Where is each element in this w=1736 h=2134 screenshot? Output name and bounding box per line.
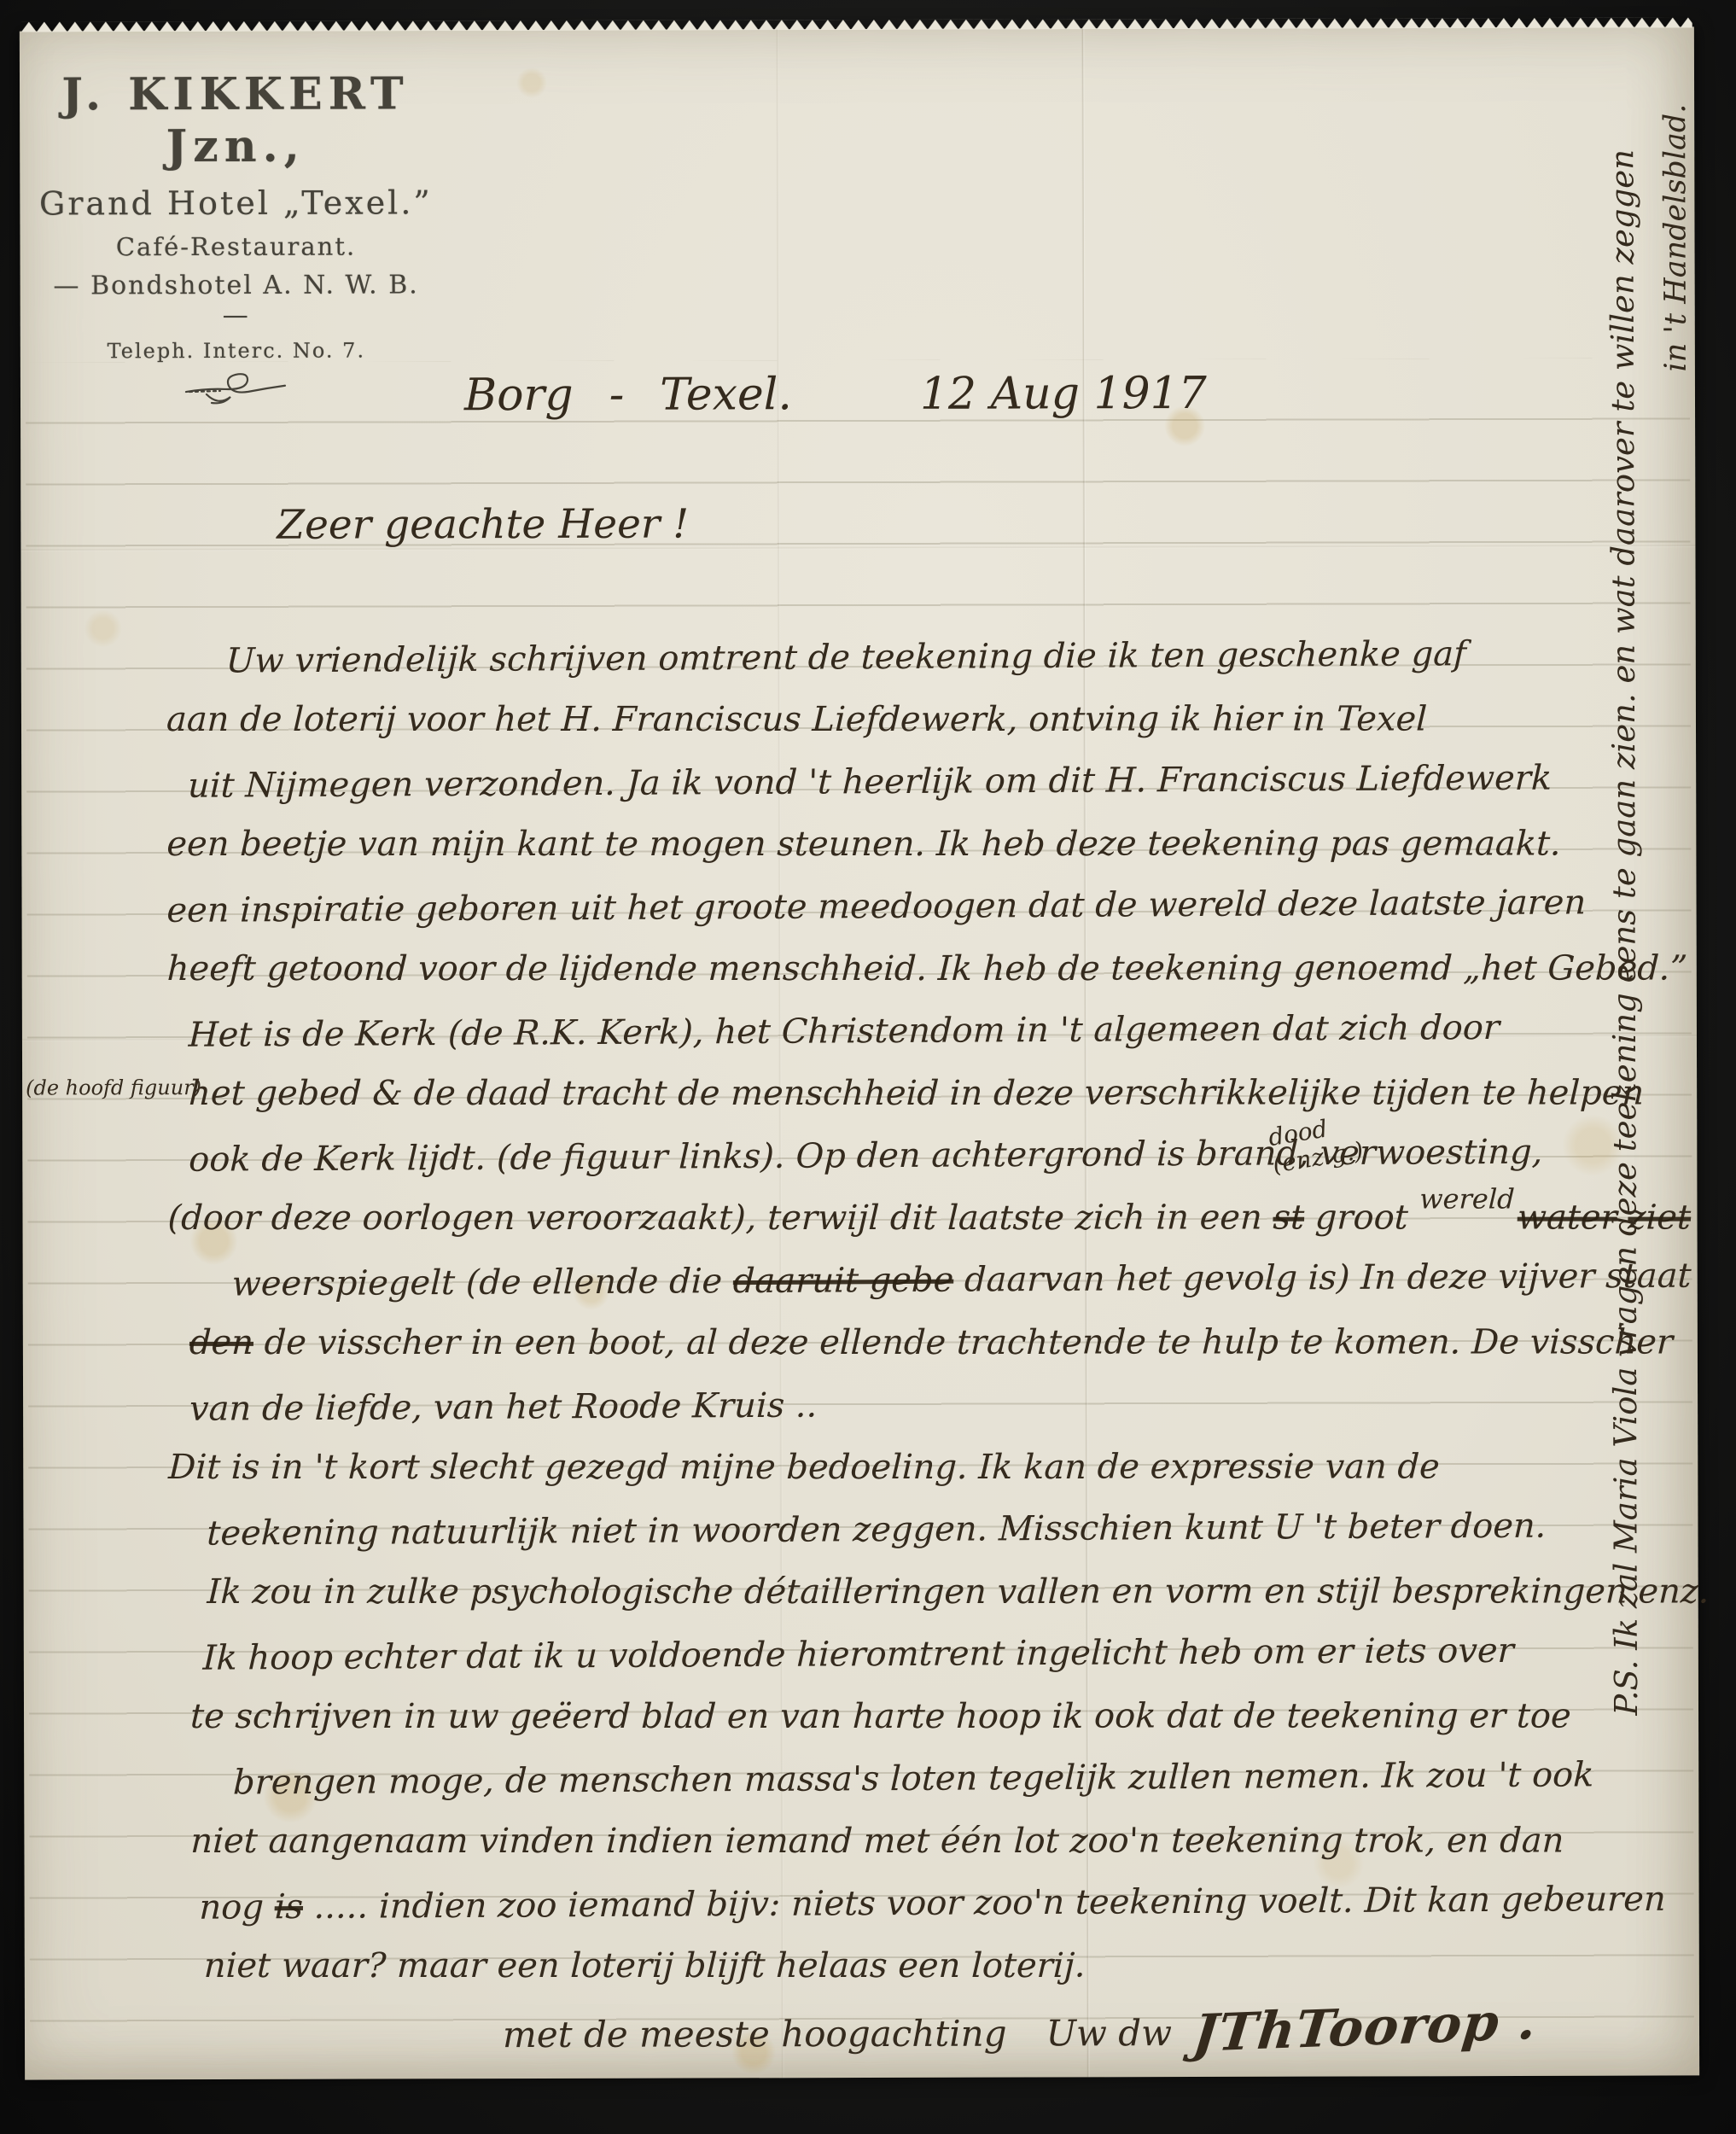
handwritten-line: teekening natuurlijk niet in woorden zeg… bbox=[167, 1495, 1697, 1566]
handwritten-text: uit Nijmegen verzonden. Ja ik vond 't he… bbox=[187, 759, 1552, 806]
struck-word: daaruit gebe bbox=[732, 1261, 954, 1301]
inserted-word: wereld bbox=[1419, 1169, 1516, 1231]
dateline-place: Borg bbox=[464, 370, 574, 421]
dateline-dash: - bbox=[609, 370, 625, 421]
letterhead: J. KIKKERT Jzn., Grand Hotel „Texel.” Ca… bbox=[35, 67, 437, 412]
handwritten-text: een inspiratie geboren uit het groote me… bbox=[166, 883, 1587, 930]
letter-paper: J. KIKKERT Jzn., Grand Hotel „Texel.” Ca… bbox=[20, 26, 1699, 2079]
handwritten-line: Ik hoop echter dat ik u voldoende hierom… bbox=[168, 1619, 1698, 1690]
handwritten-line: het gebed & de daad tracht de menschheid… bbox=[166, 1063, 1696, 1125]
pre-signature: Uw dw bbox=[1046, 2012, 1172, 2054]
handwritten-text: (door deze oorlogen veroorzaakt), terwij… bbox=[167, 1198, 1274, 1238]
handwritten-line: een beetje van mijn kant te mogen steune… bbox=[166, 813, 1695, 876]
left-margin-note: (de hoofd figuur) bbox=[26, 1076, 201, 1100]
postscript-vertical-line2: in 't Handelsblad. bbox=[1658, 104, 1693, 372]
handwritten-text: nog bbox=[199, 1887, 276, 1927]
postscript-vertical-line1: P.S. Ik zal Maria Viola vragen deze teek… bbox=[1604, 149, 1645, 1716]
horizontal-fold-crease bbox=[20, 544, 1695, 551]
letterhead-bondshotel-line: — Bondshotel A. N. W. B. — bbox=[36, 270, 437, 330]
struck-word: den bbox=[189, 1323, 254, 1362]
handwritten-line: Dit is in 't kort slecht gezegd mijne be… bbox=[167, 1437, 1697, 1499]
flourish-swirl-icon bbox=[36, 365, 437, 412]
handwritten-line: den de visscher in een boot, al deze ell… bbox=[167, 1312, 1697, 1374]
handwritten-line: Ik zou in zulke psychologische détailler… bbox=[167, 1561, 1697, 1624]
handwritten-text: weerspiegelt (de ellende die bbox=[231, 1262, 734, 1303]
dateline: Borg-Texel.12 Aug 1917 bbox=[464, 368, 1207, 421]
handwritten-text: Ik hoop echter dat ik u voldoende hierom… bbox=[202, 1631, 1514, 1678]
closing-line: met de meeste hoogachtingUw dwJThToorop … bbox=[503, 1997, 1536, 2060]
letterhead-hotel-name: Grand Hotel „Texel.” bbox=[35, 184, 436, 222]
dateline-date: 12 Aug 1917 bbox=[920, 368, 1207, 420]
letter-photo: J. KIKKERT Jzn., Grand Hotel „Texel.” Ca… bbox=[0, 0, 1736, 2134]
handwritten-line: niet waar? maar een loterij blijft helaa… bbox=[169, 1935, 1698, 1997]
letterhead-proprietor: J. KIKKERT Jzn., bbox=[35, 67, 436, 172]
handwritten-text: teekening natuurlijk niet in woorden zeg… bbox=[207, 1507, 1547, 1554]
handwritten-line: aan de loterij voor het H. Franciscus Li… bbox=[166, 689, 1695, 751]
letterhead-telephone-line: Teleph. Interc. No. 7. bbox=[36, 338, 437, 363]
handwritten-text: niet waar? maar een loterij blijft helaa… bbox=[203, 1946, 1086, 1985]
handwritten-text: groot bbox=[1303, 1198, 1419, 1238]
salutation: Zeer geachte Heer ! bbox=[277, 501, 689, 549]
handwritten-text: van de liefde, van het Roode Kruis .. bbox=[189, 1386, 818, 1429]
struck-word: st bbox=[1273, 1198, 1305, 1238]
handwritten-line: nog is ..... indien zoo iemand bijv: nie… bbox=[168, 1869, 1698, 1939]
handwritten-text: niet aangenaam vinden indien iemand met … bbox=[190, 1822, 1565, 1861]
handwritten-line: brengen moge, de menschen massa's loten … bbox=[168, 1744, 1698, 1815]
handwritten-line: weerspiegelt (de ellende die daaruit geb… bbox=[167, 1245, 1697, 1316]
handwritten-text: brengen moge, de menschen massa's loten … bbox=[232, 1755, 1594, 1802]
handwritten-text: een beetje van mijn kant te mogen steune… bbox=[166, 825, 1562, 864]
handwritten-line: (door deze oorlogen veroorzaakt), terwij… bbox=[166, 1187, 1696, 1250]
handwritten-text: Het is de Kerk (de R.K. Kerk), het Chris… bbox=[188, 1008, 1500, 1055]
handwritten-text: Dit is in 't kort slecht gezegd mijne be… bbox=[168, 1448, 1441, 1487]
deckled-edge bbox=[21, 17, 1692, 32]
signature: JThToorop . bbox=[1191, 1991, 1541, 2064]
handwritten-text: het gebed & de daad tracht de menschheid… bbox=[188, 1074, 1645, 1113]
handwritten-line: te schrijven in uw geëerd blad en van ha… bbox=[168, 1686, 1698, 1748]
handwritten-text: aan de loterij voor het H. Franciscus Li… bbox=[166, 700, 1428, 739]
handwritten-line: Het is de Kerk (de R.K. Kerk), het Chris… bbox=[166, 996, 1696, 1067]
struck-word: is bbox=[274, 1887, 304, 1927]
struck-word: water bbox=[1517, 1198, 1618, 1238]
handwritten-text: Ik zou in zulke psychologische détailler… bbox=[207, 1572, 1710, 1612]
dateline-island: Texel. bbox=[660, 369, 792, 420]
handwritten-text: ..... indien zoo iemand bijv: niets voor… bbox=[302, 1880, 1666, 1927]
letter-body: Uw vriendelijk schrijven omtrent de teek… bbox=[166, 624, 1698, 1999]
letterhead-cafe-line: Café-Restaurant. bbox=[35, 231, 436, 261]
handwritten-line: Uw vriendelijk schrijven omtrent de teek… bbox=[166, 622, 1695, 693]
handwritten-text: daarvan het gevolg is) In deze vijver st… bbox=[953, 1256, 1692, 1300]
handwritten-line: van de liefde, van het Roode Kruis .. bbox=[167, 1370, 1697, 1441]
handwritten-line: een inspiratie geboren uit het groote me… bbox=[166, 872, 1695, 942]
handwritten-line: heeft getoond voor de lijdende menschhei… bbox=[166, 938, 1696, 1000]
handwritten-line: uit Nijmegen verzonden. Ja ik vond 't he… bbox=[166, 747, 1695, 818]
handwritten-line: niet aangenaam vinden indien iemand met … bbox=[168, 1810, 1698, 1873]
handwritten-text: heeft getoond voor de lijdende menschhei… bbox=[166, 949, 1688, 988]
handwritten-text: te schrijven in uw geëerd blad en van ha… bbox=[189, 1697, 1571, 1736]
handwritten-text: Uw vriendelijk schrijven omtrent de teek… bbox=[225, 634, 1466, 680]
valediction: met de meeste hoogachting bbox=[503, 2013, 1007, 2056]
handwritten-text: de visscher in een boot, al deze ellende… bbox=[253, 1323, 1674, 1362]
